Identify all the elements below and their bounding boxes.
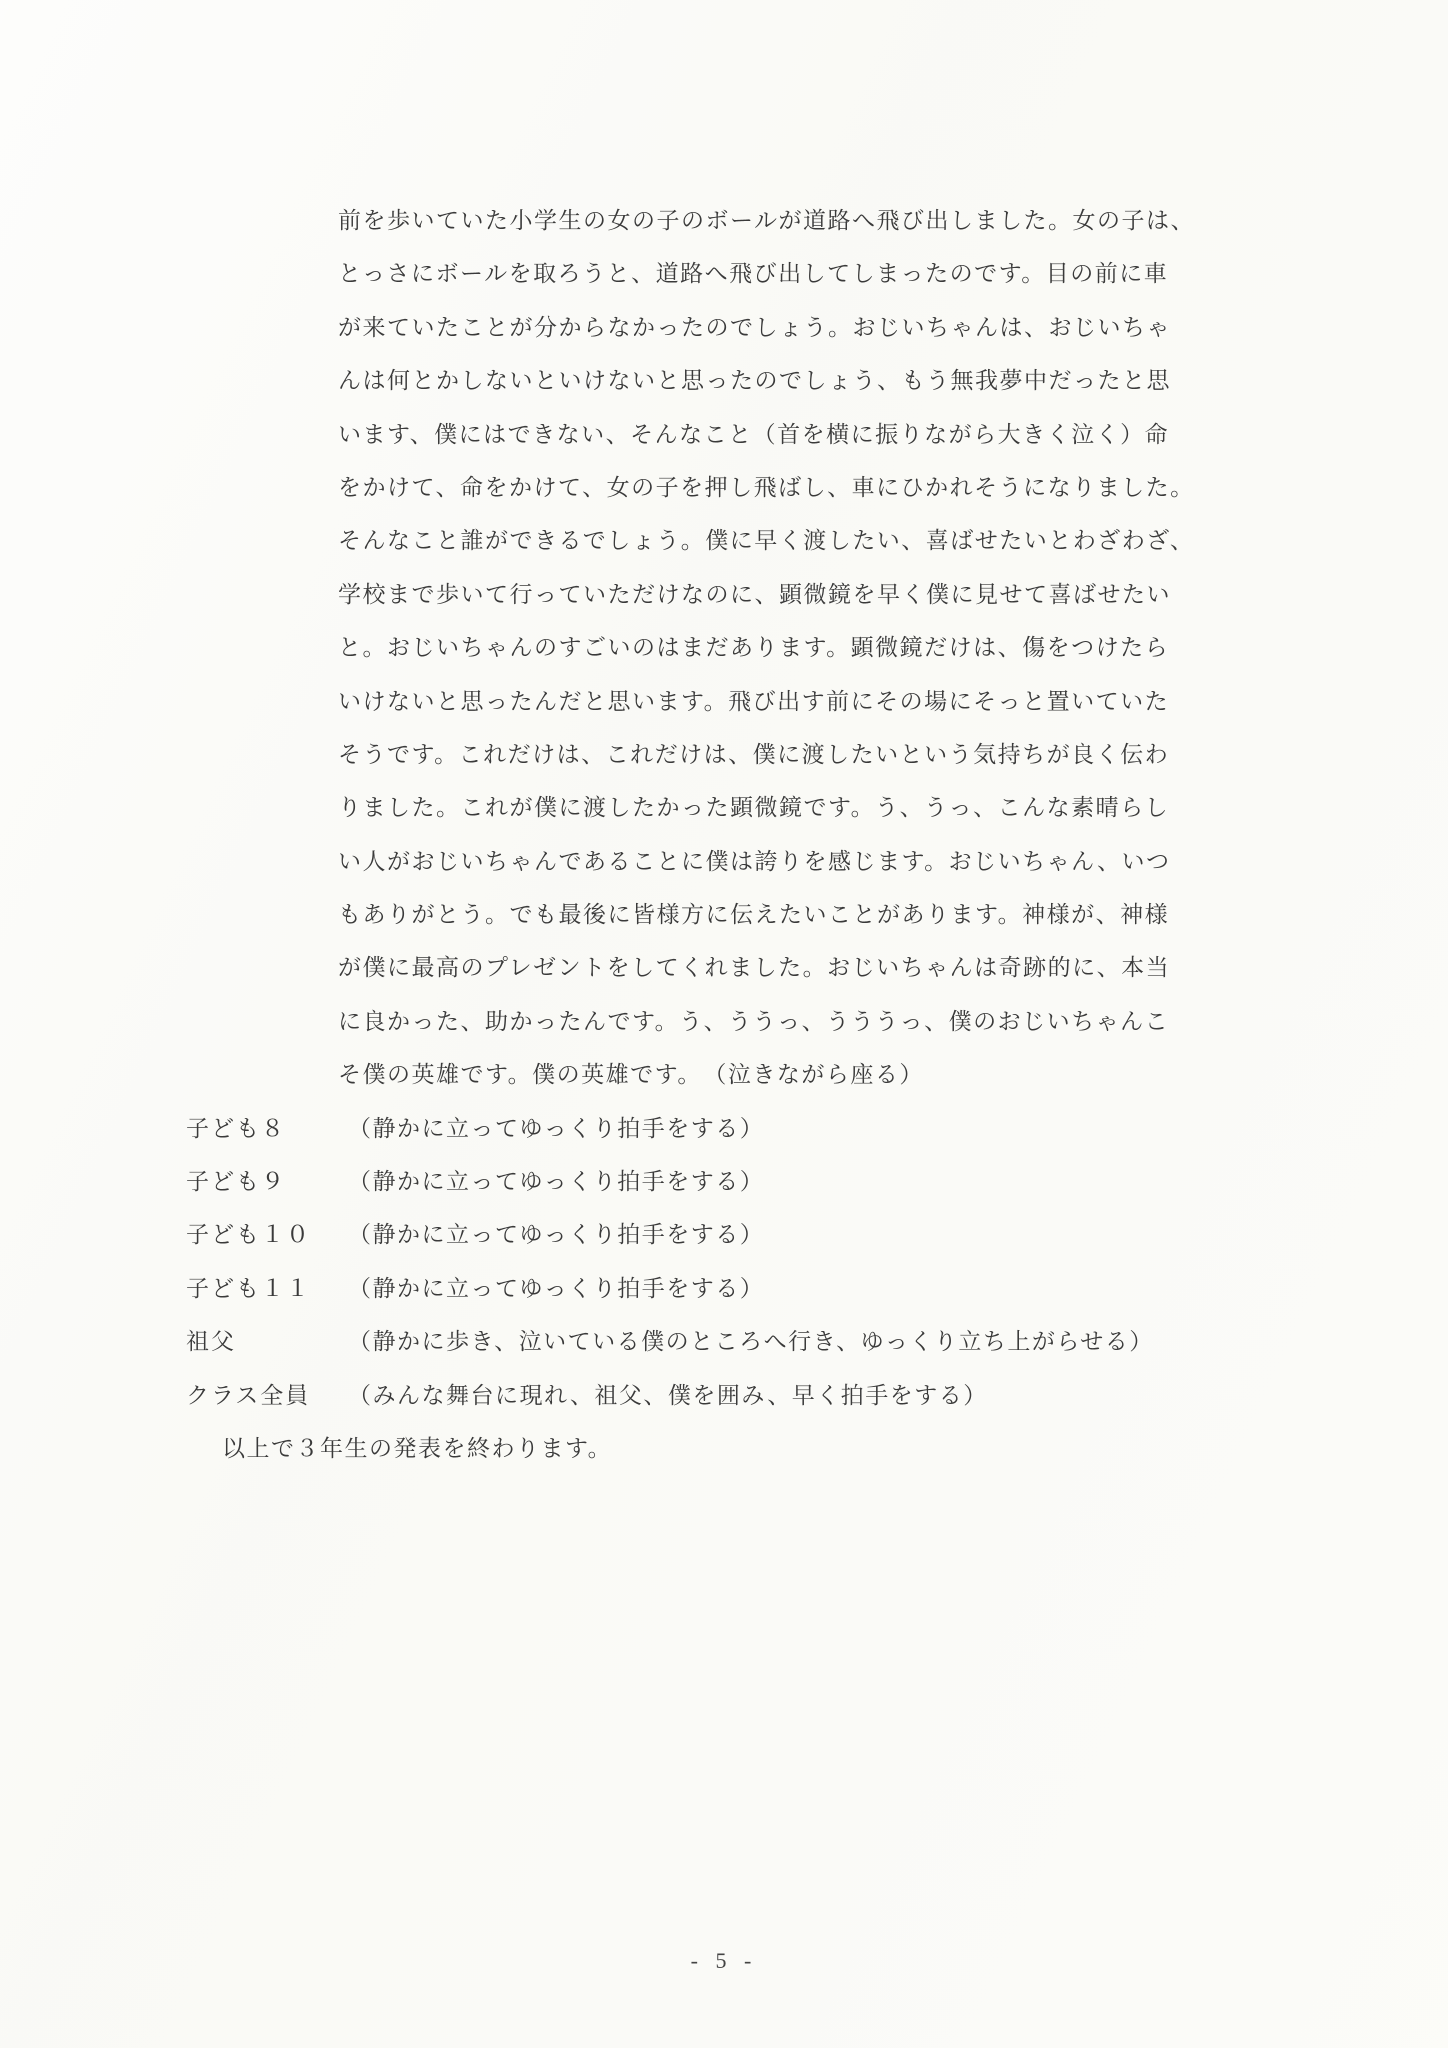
- paragraph-line: い人がおじいちゃんであることに僕は誇りを感じます。おじいちゃん、いつ: [338, 835, 1226, 888]
- speaker-row: 子ども１１ （静かに立ってゆっくり拍手をする）: [186, 1262, 1226, 1315]
- stage-direction: （みんな舞台に現れ、祖父、僕を囲み、早く拍手をする）: [348, 1369, 1226, 1422]
- speaker-name: 祖父: [186, 1315, 348, 1368]
- speaker-row: 子ども１０ （静かに立ってゆっくり拍手をする）: [186, 1208, 1226, 1261]
- stage-direction: （静かに立ってゆっくり拍手をする）: [348, 1102, 1226, 1155]
- paragraph-line: いけないと思ったんだと思います。飛び出す前にその場にそっと置いていた: [338, 675, 1226, 728]
- paragraph-line: りました。これが僕に渡したかった顕微鏡です。う、うっ、こんな素晴らし: [338, 781, 1226, 834]
- closing-line: 以上で３年生の発表を終わります。: [222, 1422, 1226, 1475]
- speaker-name: 子ども１０: [186, 1208, 348, 1261]
- speaker-name: 子ども１１: [186, 1262, 348, 1315]
- script-content: 前を歩いていた小学生の女の子のボールが道路へ飛び出しました。女の子は、 とっさに…: [186, 194, 1226, 1475]
- paragraph-line: もありがとう。でも最後に皆様方に伝えたいことがあります。神様が、神様: [338, 888, 1226, 941]
- paragraph-line: そうです。これだけは、これだけは、僕に渡したいという気持ちが良く伝わ: [338, 728, 1226, 781]
- speaker-name: クラス全員: [186, 1369, 348, 1422]
- paragraph-line: をかけて、命をかけて、女の子を押し飛ばし、車にひかれそうになりました。: [338, 461, 1226, 514]
- paragraph-line: そ僕の英雄です。僕の英雄です。 （泣きながら座る）: [338, 1048, 1226, 1101]
- script-page: 前を歩いていた小学生の女の子のボールが道路へ飛び出しました。女の子は、 とっさに…: [0, 0, 1448, 2048]
- speaker-name: 子ども９: [186, 1155, 348, 1208]
- speaker-row: 子ども９ （静かに立ってゆっくり拍手をする）: [186, 1155, 1226, 1208]
- paragraph-line: と。おじいちゃんのすごいのはまだあります。顕微鏡だけは、傷をつけたら: [338, 621, 1226, 674]
- dialogue-paragraph: 前を歩いていた小学生の女の子のボールが道路へ飛び出しました。女の子は、 とっさに…: [186, 194, 1226, 1102]
- paragraph-line: んは何とかしないといけないと思ったのでしょう、もう無我夢中だったと思: [338, 354, 1226, 407]
- paragraph-line: に良かった、助かったんです。う、ううっ、うううっ、僕のおじいちゃんこ: [338, 995, 1226, 1048]
- stage-direction: （静かに立ってゆっくり拍手をする）: [348, 1155, 1226, 1208]
- paragraph-line: が僕に最高のプレゼントをしてくれました。おじいちゃんは奇跡的に、本当: [338, 941, 1226, 994]
- paragraph-line: 前を歩いていた小学生の女の子のボールが道路へ飛び出しました。女の子は、: [338, 194, 1226, 247]
- paragraph-line: 学校まで歩いて行っていただけなのに、顕微鏡を早く僕に見せて喜ばせたい: [338, 568, 1226, 621]
- paragraph-line: とっさにボールを取ろうと、道路へ飛び出してしまったのです。目の前に車: [338, 247, 1226, 300]
- speaker-row: 祖父 （静かに歩き、泣いている僕のところへ行き、ゆっくり立ち上がらせる）: [186, 1315, 1226, 1368]
- stage-direction: （静かに立ってゆっくり拍手をする）: [348, 1262, 1226, 1315]
- speaker-row: 子ども８ （静かに立ってゆっくり拍手をする）: [186, 1102, 1226, 1155]
- paragraph-line: います、僕にはできない、そんなこと（首を横に振りながら大きく泣く）命: [338, 408, 1226, 461]
- speaker-row: クラス全員 （みんな舞台に現れ、祖父、僕を囲み、早く拍手をする）: [186, 1369, 1226, 1422]
- page-number: - 5 -: [0, 1948, 1448, 1974]
- stage-direction: （静かに歩き、泣いている僕のところへ行き、ゆっくり立ち上がらせる）: [348, 1315, 1226, 1368]
- stage-direction: （静かに立ってゆっくり拍手をする）: [348, 1208, 1226, 1261]
- paragraph-line: そんなこと誰ができるでしょう。僕に早く渡したい、喜ばせたいとわざわざ、: [338, 514, 1226, 567]
- paragraph-line: が来ていたことが分からなかったのでしょう。おじいちゃんは、おじいちゃ: [338, 301, 1226, 354]
- speaker-name: 子ども８: [186, 1102, 348, 1155]
